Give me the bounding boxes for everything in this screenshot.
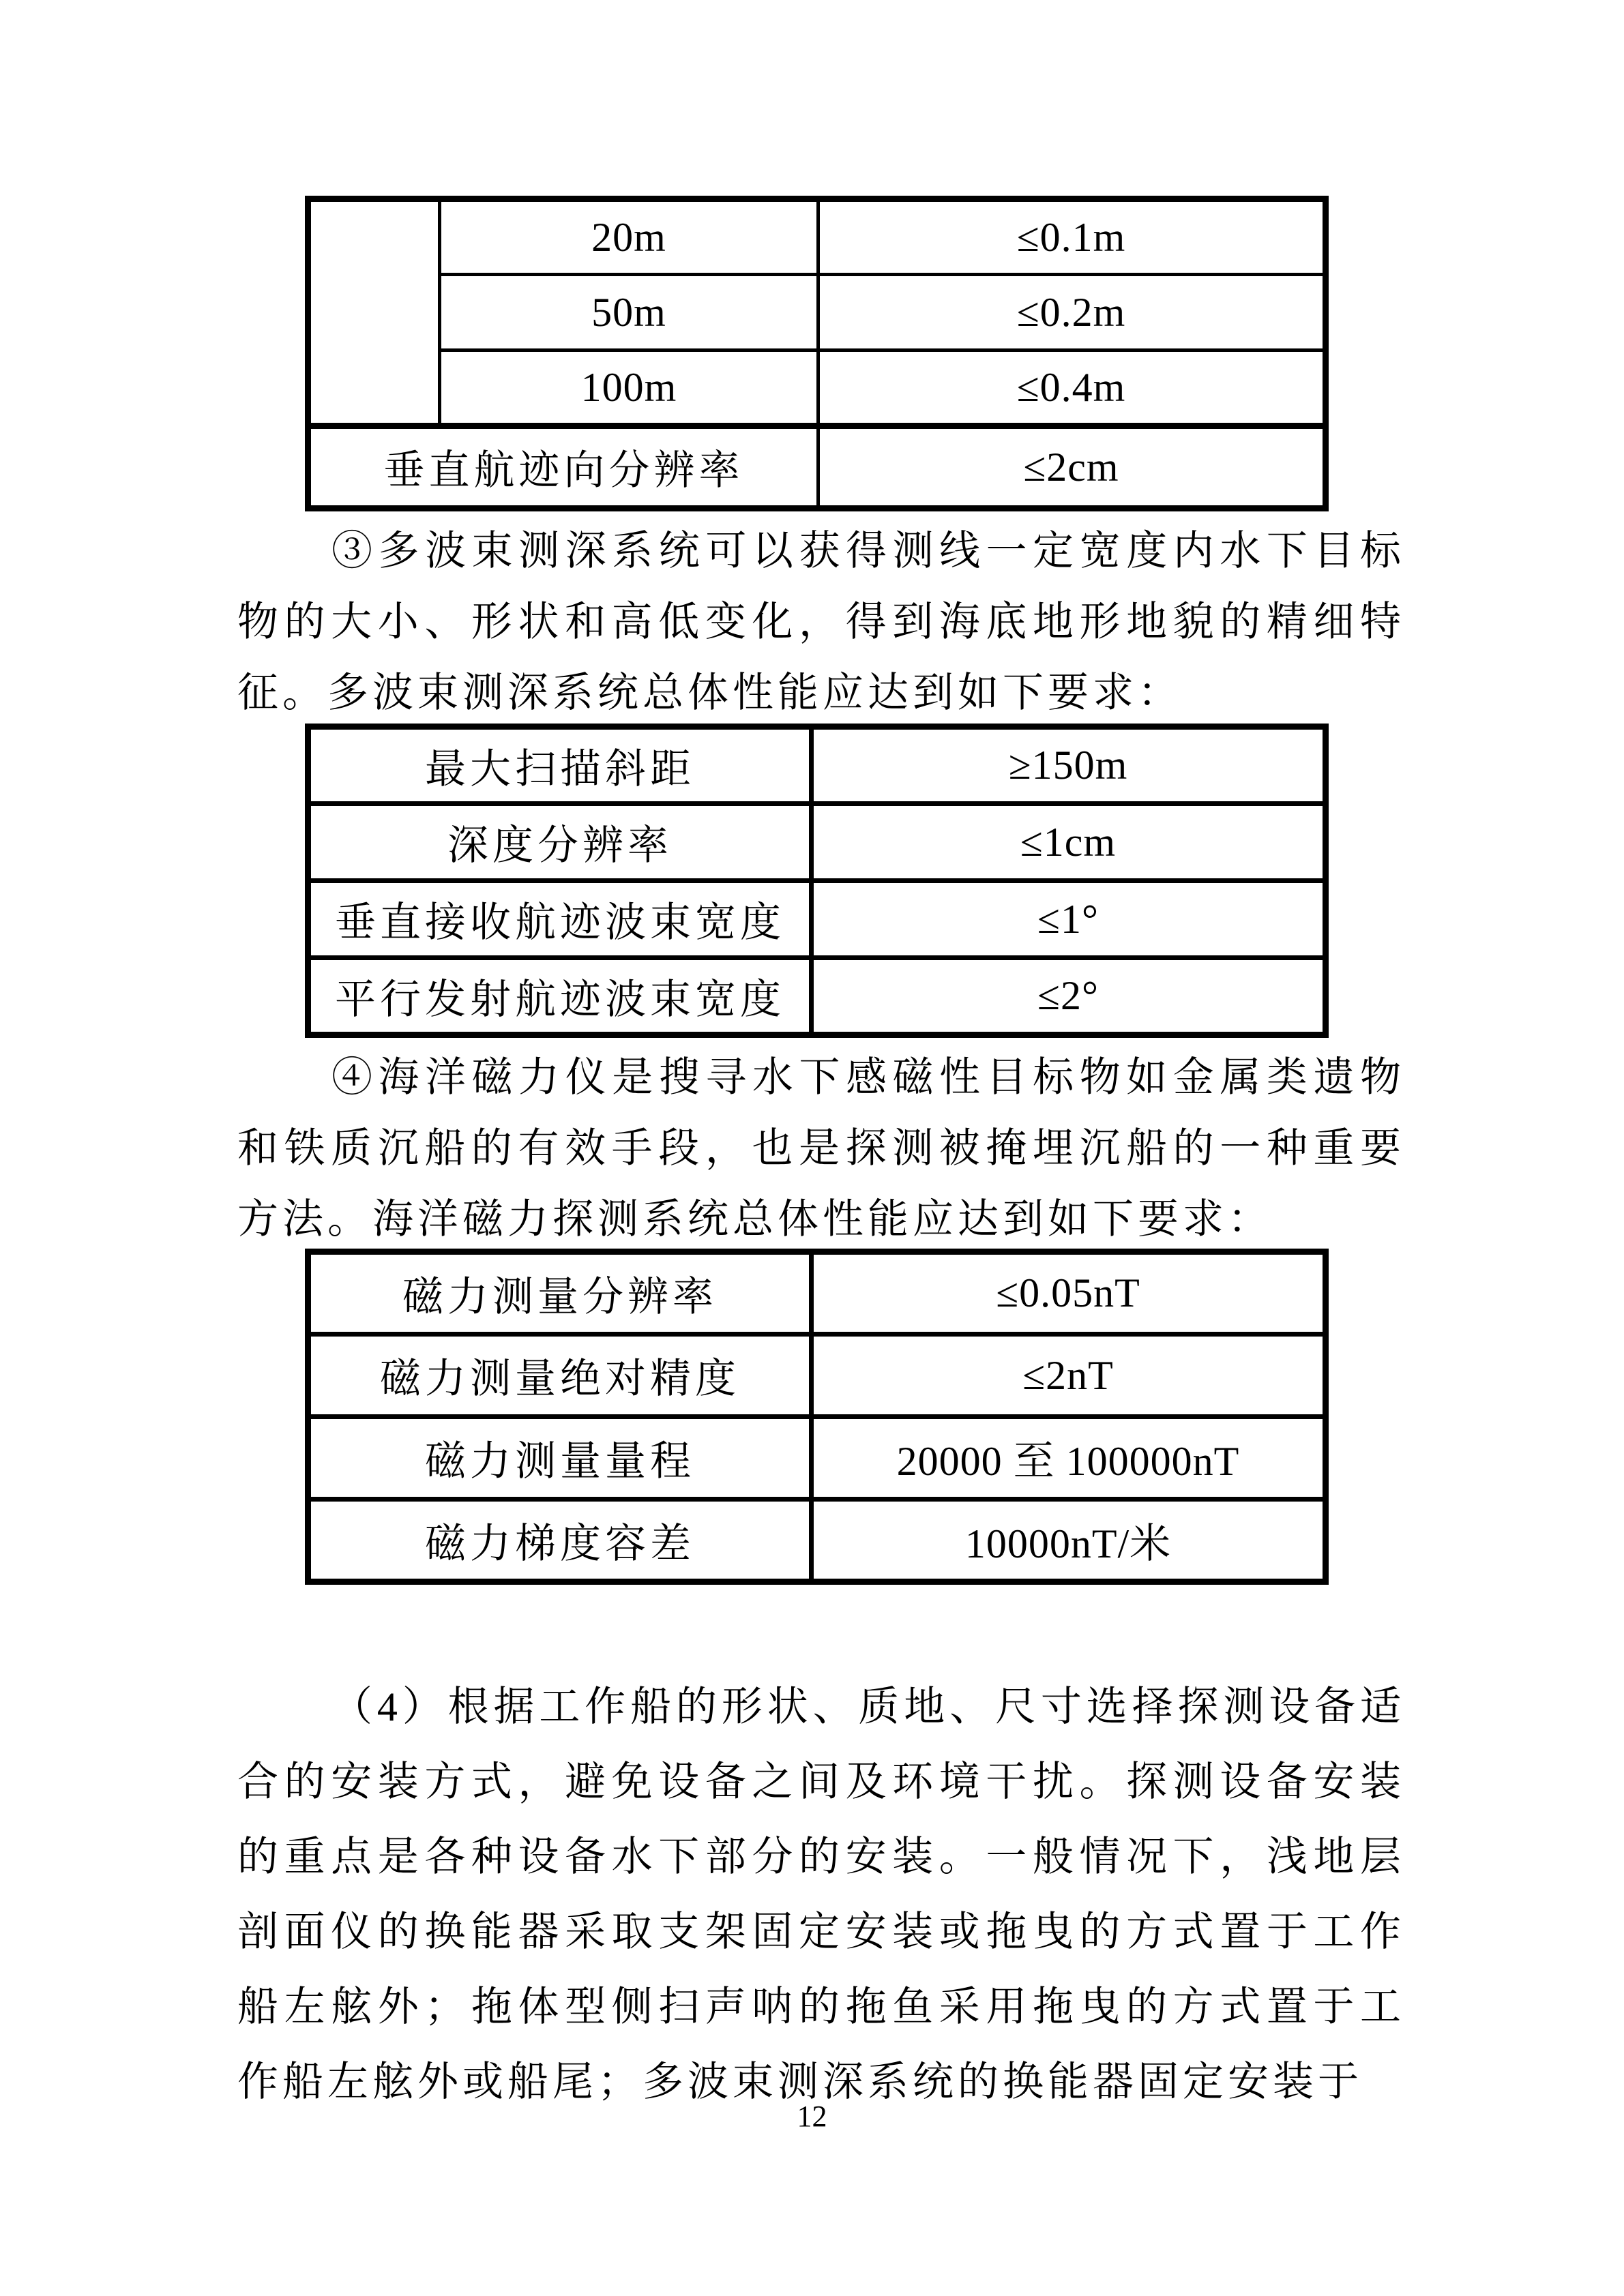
value-cell: 20000 至 100000nT bbox=[812, 1417, 1326, 1500]
table-row: 50m ≤0.2m bbox=[308, 275, 1326, 351]
paragraph-installation: （4）根据工作船的形状、质地、尺寸选择探测设备适合的安装方式，避免设备之间及环境… bbox=[237, 1669, 1405, 2119]
spec-label-cell: 垂直接收航迹波束宽度 bbox=[308, 881, 812, 958]
value-cell: ≤0.1m bbox=[818, 199, 1326, 275]
paragraph-magnetometer-intro: ④海洋磁力仪是搜寻水下感磁性目标物如金属类遗物和铁质沉船的有效手段，也是探测被掩… bbox=[237, 1042, 1405, 1255]
table-row: 磁力测量分辨率 ≤0.05nT bbox=[308, 1252, 1326, 1335]
page-number: 12 bbox=[0, 2099, 1624, 2134]
table-row: 磁力测量绝对精度 ≤2nT bbox=[308, 1335, 1326, 1417]
value-cell: ≤2cm bbox=[818, 426, 1326, 509]
table-row: 磁力梯度容差 10000nT/米 bbox=[308, 1500, 1326, 1582]
table-row: 深度分辨率 ≤1cm bbox=[308, 804, 1326, 881]
magnetometer-spec-table: 磁力测量分辨率 ≤0.05nT 磁力测量绝对精度 ≤2nT 磁力测量量程 200… bbox=[305, 1249, 1329, 1585]
spec-label-cell: 最大扫描斜距 bbox=[308, 727, 812, 804]
value-cell: ≤1° bbox=[812, 881, 1326, 958]
table-row: 磁力测量量程 20000 至 100000nT bbox=[308, 1417, 1326, 1500]
table-row: 100m ≤0.4m bbox=[308, 351, 1326, 426]
spec-label-cell: 深度分辨率 bbox=[308, 804, 812, 881]
spec-label-cell: 磁力测量量程 bbox=[308, 1417, 812, 1500]
paragraph-multibeam-intro: ③多波束测深系统可以获得测线一定宽度内水下目标物的大小、形状和高低变化，得到海底… bbox=[237, 516, 1405, 728]
value-cell: ≤0.2m bbox=[818, 275, 1326, 351]
range-cell: 20m bbox=[440, 199, 818, 275]
range-cell: 100m bbox=[440, 351, 818, 426]
table-row: 最大扫描斜距 ≥150m bbox=[308, 727, 1326, 804]
spec-label-cell: 平行发射航迹波束宽度 bbox=[308, 958, 812, 1035]
value-cell: ≥150m bbox=[812, 727, 1326, 804]
value-cell: ≤0.4m bbox=[818, 351, 1326, 426]
value-cell: 10000nT/米 bbox=[812, 1500, 1326, 1582]
document-page: 20m ≤0.1m 50m ≤0.2m 100m ≤0.4m 垂直航迹向分辨率 … bbox=[0, 0, 1624, 2296]
spec-label-cell: 磁力测量分辨率 bbox=[308, 1252, 812, 1335]
value-cell: ≤0.05nT bbox=[812, 1252, 1326, 1335]
value-cell: ≤2nT bbox=[812, 1335, 1326, 1417]
spec-label-cell: 磁力梯度容差 bbox=[308, 1500, 812, 1582]
table-row: 垂直航迹向分辨率 ≤2cm bbox=[308, 426, 1326, 509]
table-row: 平行发射航迹波束宽度 ≤2° bbox=[308, 958, 1326, 1035]
range-cell: 50m bbox=[440, 275, 818, 351]
spec-label-cell: 垂直航迹向分辨率 bbox=[308, 426, 818, 509]
track-resolution-table: 20m ≤0.1m 50m ≤0.2m 100m ≤0.4m 垂直航迹向分辨率 … bbox=[305, 196, 1329, 511]
empty-merged-cell bbox=[308, 199, 440, 426]
spec-label-cell: 磁力测量绝对精度 bbox=[308, 1335, 812, 1417]
table-row: 20m ≤0.1m bbox=[308, 199, 1326, 275]
table-row: 垂直接收航迹波束宽度 ≤1° bbox=[308, 881, 1326, 958]
value-cell: ≤1cm bbox=[812, 804, 1326, 881]
multibeam-spec-table: 最大扫描斜距 ≥150m 深度分辨率 ≤1cm 垂直接收航迹波束宽度 ≤1° 平… bbox=[305, 724, 1329, 1038]
value-cell: ≤2° bbox=[812, 958, 1326, 1035]
